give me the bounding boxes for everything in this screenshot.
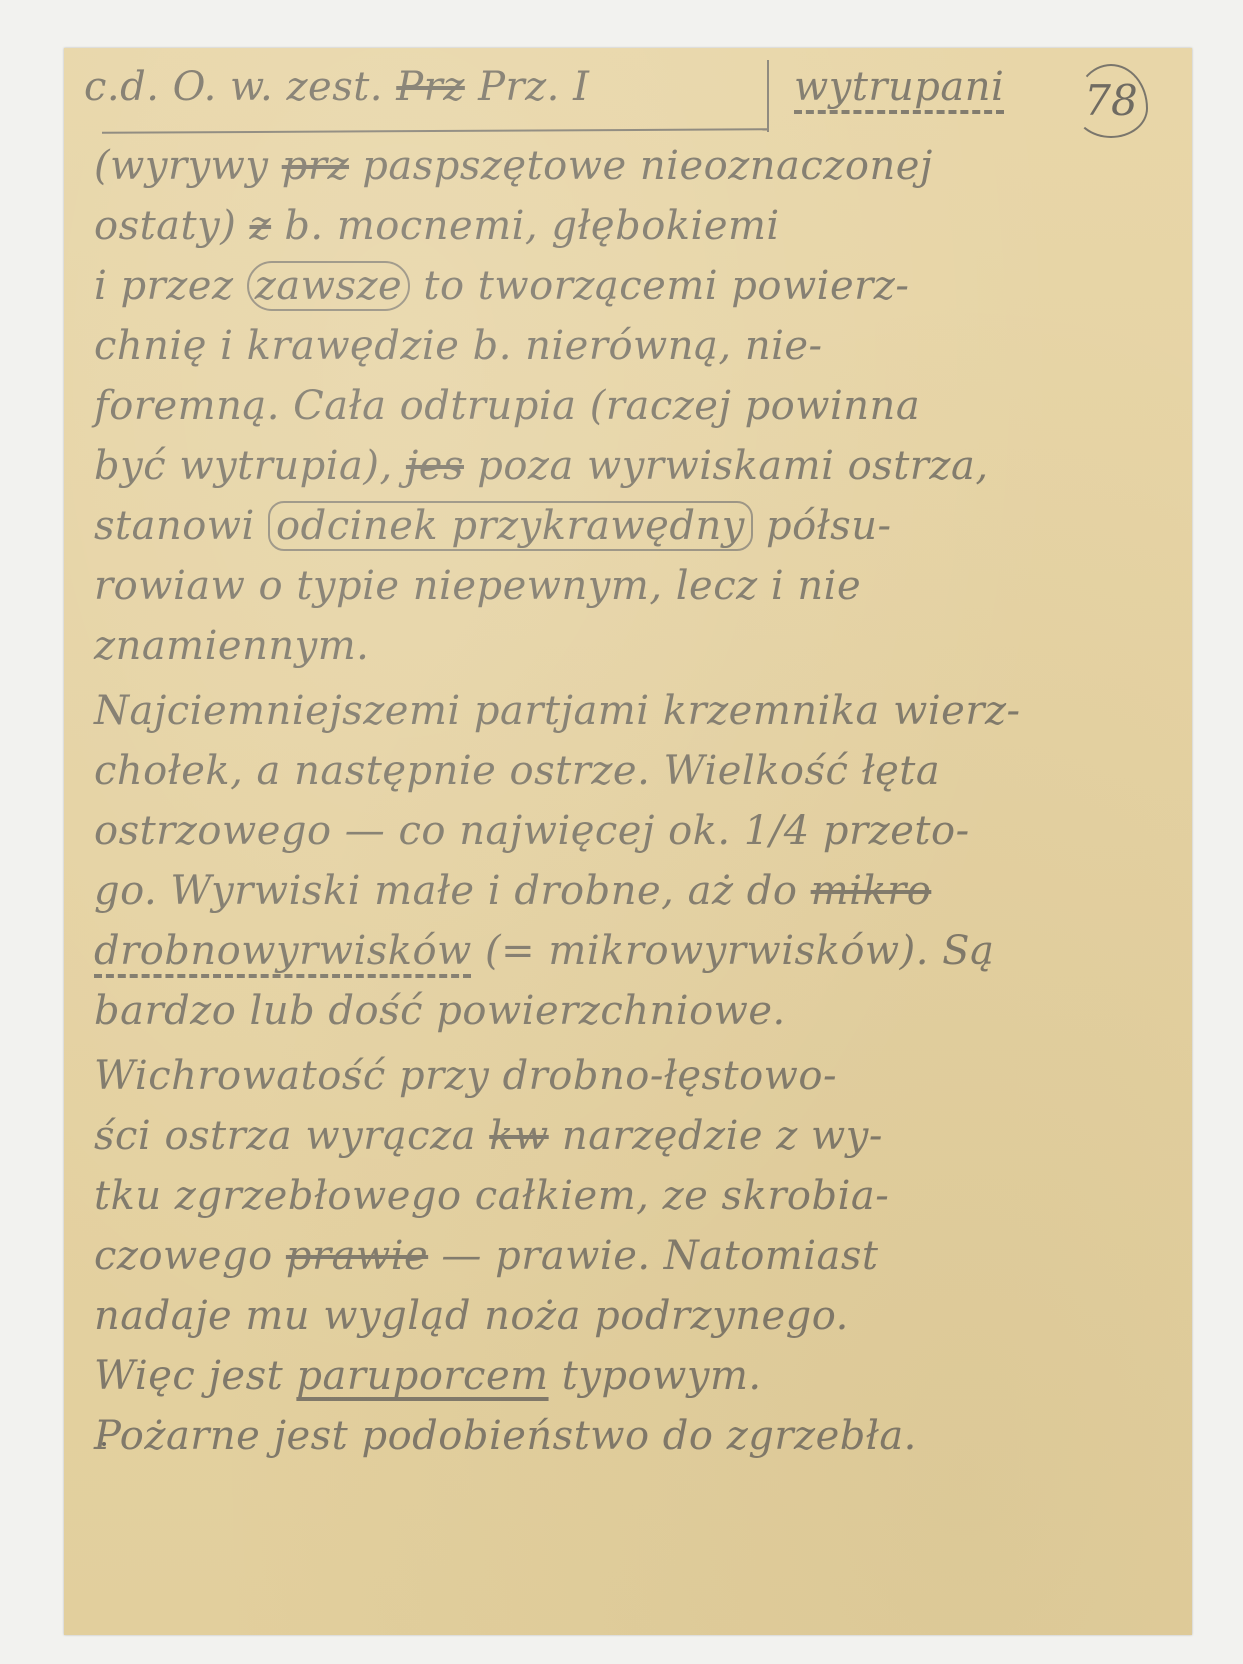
- text-line: go. Wyrwiski małe i drobne, aż do mikro: [94, 868, 931, 914]
- text-line: (wyrywy prz paspszętowe nieoznaczonej: [94, 143, 933, 189]
- text-line: rowiaw o typie niepewnym, lecz i nie: [94, 563, 861, 609]
- text-line: bardzo lub dość powierzchniowe.: [94, 988, 786, 1034]
- text-line: foremną. Cała odtrupia (raczej powinna: [94, 383, 920, 429]
- text-line: Wichrowatość przy drobno-łęstowo-: [94, 1053, 837, 1099]
- text-line: tku zgrzebłowego całkiem, ze skrobia-: [94, 1173, 889, 1219]
- boxed-phrase: odcinek przykrawędny: [268, 501, 753, 551]
- header-row: c.d. O. w. zest. Prz Prz. I wytrupani 78: [84, 58, 1174, 148]
- text-line: chołek, a następnie ostrze. Wielkość łęt…: [94, 748, 940, 794]
- text-line: stanowi odcinek przykrawędny półsu-: [94, 503, 891, 549]
- text-line: chnię i krawędzie b. nierówną, nie-: [94, 323, 823, 369]
- text-line: ostrzowego — co najwięcej ok. 1/4 przeto…: [94, 808, 970, 854]
- text-line: ostaty) z b. mocnemi, głębokiemi: [94, 203, 780, 249]
- text-line: czowego prawie — prawie. Natomiast: [94, 1233, 878, 1279]
- page-number: 78: [1074, 64, 1148, 138]
- text-line: znamiennym.: [94, 623, 369, 669]
- margin-dot: [102, 1442, 106, 1446]
- text-line: i przez zawsze to tworzącemi powierz-: [94, 263, 909, 309]
- underlined-word: paruporcem: [296, 1353, 548, 1399]
- text-line: drobnowyrwisków (= mikrowyrwisków). Są: [94, 928, 994, 974]
- manuscript-page: c.d. O. w. zest. Prz Prz. I wytrupani 78…: [64, 48, 1192, 1635]
- header-series-label: c.d. O. w. zest.: [84, 64, 383, 110]
- circled-word: zawsze: [247, 261, 410, 311]
- text-line: Więc jest paruporcem typowym.: [94, 1353, 762, 1399]
- text-line: Najciemniejszemi partjami krzemnika wier…: [94, 688, 1021, 734]
- text-line: nadaje mu wygląd noża podrzynego.: [94, 1293, 849, 1339]
- text-line: ści ostrza wyrącza kw narzędzie z wy-: [94, 1113, 883, 1159]
- header-right: wytrupani: [794, 64, 1004, 110]
- header-struck-text: Prz: [396, 64, 465, 110]
- header-underline: [102, 128, 767, 133]
- text-line: być wytrupia), jes poza wyrwiskami ostrz…: [94, 443, 989, 489]
- header-divider: [767, 60, 769, 132]
- dash-underlined-word: drobnowyrwisków: [94, 928, 472, 974]
- header-left: c.d. O. w. zest. Prz Prz. I: [84, 64, 589, 110]
- header-section-ref: Prz. I: [478, 64, 589, 110]
- text-line: Pożarne jest podobieństwo do zgrzebła.: [94, 1413, 917, 1459]
